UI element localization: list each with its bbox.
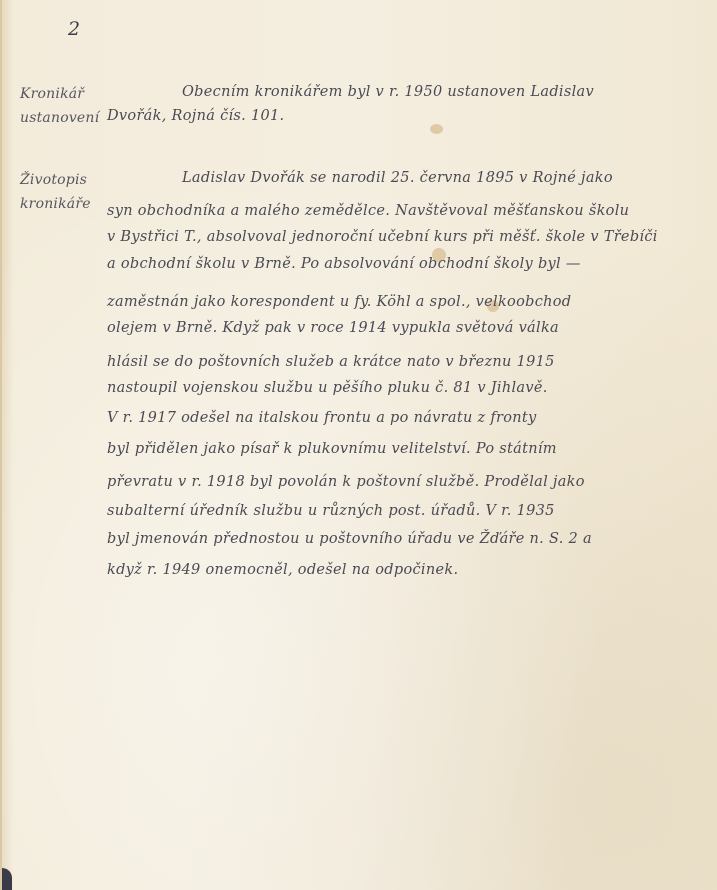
text-line: Dvořák, Rojná čís. 101. — [107, 108, 284, 124]
document-page: 2 Kronikář ustanovení Obecním kronikářem… — [0, 0, 717, 890]
margin-label-line: Kronikář — [20, 82, 99, 106]
text-line: zaměstnán jako korespondent u fy. Köhl a… — [107, 294, 571, 310]
text-line: a obchodní školu v Brně. Po absolvování … — [107, 256, 581, 272]
text-line: subalterní úředník službu u různých post… — [107, 503, 555, 519]
margin-label-line: kronikáře — [20, 192, 91, 216]
margin-label-line: Životopis — [20, 168, 91, 192]
page-number: 2 — [68, 18, 80, 40]
paper-stain — [430, 124, 443, 134]
margin-label-line: ustanovení — [20, 106, 99, 130]
text-line: byl přidělen jako písař k plukovnímu vel… — [107, 441, 557, 457]
text-line: byl jmenován přednostou u poštovního úřa… — [107, 531, 592, 547]
text-line: Ladislav Dvořák se narodil 25. června 18… — [182, 170, 613, 186]
text-line: v Bystřici T., absolvoval jednoroční uče… — [107, 229, 658, 245]
margin-label-chronicler: Kronikář ustanovení — [20, 82, 99, 130]
text-line: olejem v Brně. Když pak v roce 1914 vypu… — [107, 320, 559, 336]
text-line: převratu v r. 1918 byl povolán k poštovn… — [107, 474, 585, 490]
text-line: nastoupil vojenskou službu u pěšího pluk… — [107, 380, 548, 396]
text-line: syn obchodníka a malého zemědělce. Navšt… — [107, 203, 629, 219]
text-line: hlásil se do poštovních služeb a krátce … — [107, 354, 555, 370]
margin-label-biography: Životopis kronikáře — [20, 168, 91, 216]
text-line: když r. 1949 onemocněl, odešel na odpoči… — [107, 562, 458, 578]
page-corner-shadow — [2, 868, 12, 890]
text-line: Obecním kronikářem byl v r. 1950 ustanov… — [182, 84, 594, 100]
text-line: V r. 1917 odešel na italskou frontu a po… — [107, 410, 537, 426]
